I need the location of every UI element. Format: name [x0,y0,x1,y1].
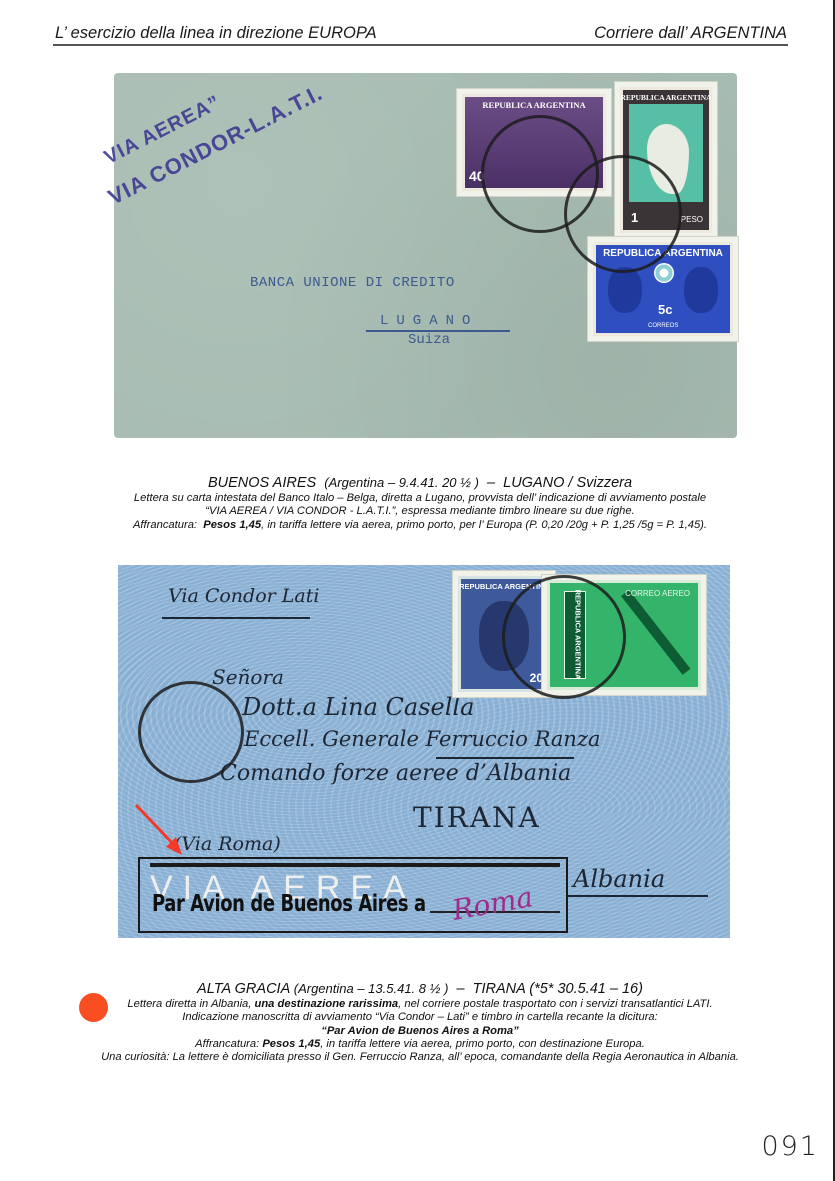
airplane-icon [621,590,690,675]
address-bank: BANCA UNIONE DI CREDITO [250,275,455,291]
address-name: Dott.a Lina Casella [242,693,474,721]
rosette-icon [654,263,674,283]
cover-buenos-aires-lugano: VIA AEREA” VIA CONDOR-L.A.T.I. BANCA UNI… [114,73,737,438]
postmark-icon [502,575,626,699]
page-header: L’ esercizio della linea in direzione EU… [53,24,787,44]
page-number: 091 [761,1131,819,1162]
portrait-icon [608,267,642,313]
caption-line: Lettera diretta in Albania, una destinaz… [60,998,780,1011]
address-country: Suiza [408,332,450,348]
address-command: Comando forze aeree d’Albania [220,761,571,786]
header-right-title: Corriere dall’ ARGENTINA [594,24,787,43]
caption-line: Affrancatura: Pesos 1,45, in tariffa let… [60,1038,780,1051]
portrait-icon [684,267,718,313]
caption-line: “Par Avion de Buenos Aires a Roma” [60,1025,780,1038]
caption-cover-2: ALTA GRACIA (Argentina – 13.5.41. 8 ½ ) … [60,980,780,1064]
label-par-avion: Par Avion de Buenos Aires a [152,891,426,917]
address-city: LUGANO [380,313,478,329]
caption-line: Affrancatura: Pesos 1,45, in tariffa let… [60,519,780,532]
caption-cover-1: BUENOS AIRES (Argentina – 9.4.41. 20 ½ )… [60,474,780,532]
address-country: Albania [573,865,665,893]
caption-line: Una curiosità: La lettere è domiciliata … [60,1051,780,1064]
caption-line: “VIA AEREA / VIA CONDOR - L.A.T.I.”, esp… [60,505,780,518]
address-underline [568,895,708,897]
caption-line: Indicazione manoscritta di avviamento “V… [60,1011,780,1024]
header-rule [53,44,788,46]
stamp-country: REPUBLICA ARGENTINA [482,100,585,110]
caption-heading: BUENOS AIRES (Argentina – 9.4.41. 20 ½ )… [60,474,780,492]
header-left-title: L’ esercizio della linea in direzione EU… [55,24,377,43]
address-salutation: Señora [212,665,284,689]
postmark-icon [564,155,682,273]
red-arrow-icon [132,803,192,863]
stamp-value: 5c [658,302,672,317]
caption-line: Lettera su carta intestata del Banco Ita… [60,492,780,505]
label-manuscript-roma: Roma [450,880,536,927]
stamp-unit: CORREOS [648,323,678,329]
manuscript-route: Via Condor Lati [168,585,319,607]
cover-alta-gracia-tirana: Via Condor Lati Señora Dott.a Lina Casel… [118,565,730,938]
stamp-country: REPUBLICA ARGENTINA [620,93,711,102]
stamp-unit: PESO [681,215,703,224]
address-title: Eccell. Generale Ferruccio Ranza [244,727,601,751]
caption-heading: ALTA GRACIA (Argentina – 13.5.41. 8 ½ ) … [60,980,780,998]
manuscript-underline [162,617,310,619]
address-city: TIRANA [413,801,541,834]
postmark-icon [138,681,244,783]
stamp-label: CORREO AEREO [625,589,690,598]
address-underline [436,757,574,759]
via-aerea-label: VIA AEREA Par Avion de Buenos Aires a Ro… [138,857,568,933]
